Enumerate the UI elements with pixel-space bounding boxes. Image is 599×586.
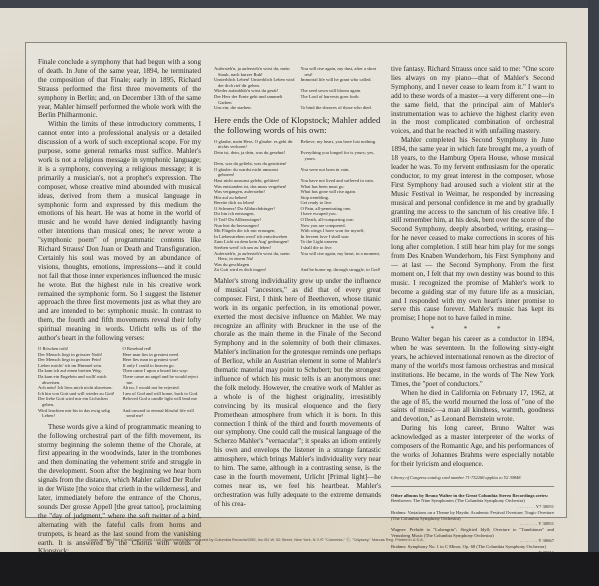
verse-line-english: To bind the sheaves of those who died. (301, 105, 382, 111)
verse-line-german: O glaube: du wardst nicht umsonst gebore… (214, 167, 295, 178)
verse-line-german: Der Herr der Ernte geht und sammelt Garb… (214, 94, 295, 105)
klopstock-verse: Aufersteh'n, ja aufersteh'n wirst du, me… (214, 66, 381, 111)
verse-heading: Here ends the Ode of Klopstock; Mahler a… (214, 115, 381, 136)
verse-line-german: Da kam ein Engelein und wollt' mich abwe… (38, 374, 117, 385)
verse-line-german: Zu Gott wird es dich tragen! (214, 267, 295, 273)
liner-notes-column-1: Finale conclude a symphony that had begu… (38, 58, 201, 556)
paragraph: Bruno Walter began his career as a condu… (391, 335, 554, 388)
verse-line-english: Believe, my heart, you have lost nothing… (301, 139, 382, 150)
catalog-number: . . . . . . . . Y 30311 (391, 550, 554, 556)
paragraph: Mahler's strong individuality grew up un… (214, 277, 381, 509)
verse-line-english: You were not born in vain. (301, 167, 382, 178)
paragraph: tive fantasy. Richard Strauss once said … (391, 65, 554, 136)
scan-right-edge (588, 0, 599, 586)
paragraph: Mahler completed his Second Symphony in … (391, 136, 554, 323)
verse-line-german: O glaube, mein Herz, O glaube: es geht d… (214, 139, 295, 150)
scan-bottom-edge (0, 552, 599, 586)
liner-notes-column-3: tive fantasy. Richard Strauss once said … (391, 65, 554, 556)
other-album-item: Brahms: Symphony No. 1 in C Minor, Op. 6… (391, 544, 554, 555)
verse-line-german: Unsterblich Leben! Unsterblich Leben wir… (214, 77, 295, 88)
album-title: Brahms: Symphony No. 1 in C Minor, Op. 6… (391, 544, 546, 549)
liner-notes-column-2: Aufersteh'n, ja aufersteh'n wirst du, me… (214, 63, 381, 509)
catalog-card-note: Library of Congress catalog card number … (391, 475, 554, 487)
verse-line-german: Dein ist, dein, ja dein, was du gesehnt! (214, 150, 295, 161)
verse-line-english: And onward to eternal blissful life will… (123, 408, 202, 419)
credits-line: Cover design: Ron Coro/Cover photo: Lick… (88, 537, 424, 543)
paragraph: Finale conclude a symphony that had begu… (38, 58, 201, 120)
paragraph: Within the limits of these introductory … (38, 120, 201, 343)
verse-line-english: You will rise again, my dust, after a sh… (301, 66, 382, 77)
verse-line-english: There came an angel and he would reject … (123, 374, 202, 385)
other-album-item: Brahms: Variations on a Theme by Haydn; … (391, 510, 554, 527)
verse-line-english: The Lord of harvests goes forth (301, 94, 382, 105)
other-albums-list: Other albums by Bruno Walter in the Grea… (391, 493, 554, 556)
verse-line-english: Immortal life will he grant who called. (301, 77, 382, 88)
verse-line-german: Uns ein, die starben. (214, 105, 295, 111)
album-title: Beethoven: The Nine Symphonies (The Colu… (391, 498, 525, 503)
verse-line-english: Everything you longed for is yours; yes,… (301, 150, 382, 161)
paragraph: When he died in California on February 1… (391, 389, 554, 425)
verse-line-english: Beloved God a candle light will lend me (123, 396, 202, 407)
paragraph: During his long career, Bruno Walter was… (391, 424, 554, 469)
verse-line-german: Aufersteh'n, ja aufersteh'n wirst du, me… (214, 251, 295, 262)
verse-line-english: And be borne up, through struggle, to Go… (301, 267, 382, 273)
mahler-verse: O glaube, mein Herz, O glaube: es geht d… (214, 139, 381, 273)
verse-line-german: Der liebe Gott wird mir ein Lichtchen ge… (38, 396, 117, 407)
urlicht-verse: O Röschen roth!O Rosebud red!Der Mensch … (38, 346, 201, 419)
verse-line-german: Aufersteh'n, ja aufersteh'n wirst du, me… (214, 66, 295, 77)
section-divider: * * * (391, 325, 554, 334)
other-album-item: Beethoven: The Nine Symphonies (The Colu… (391, 498, 554, 509)
album-title: Brahms: Variations on a Theme by Haydn; … (391, 510, 554, 521)
verse-line-english: You will rise again, my heart, in a mome… (301, 251, 382, 262)
verse-line-german: Wird leuchten mir bis in das ewig selig … (38, 408, 117, 419)
